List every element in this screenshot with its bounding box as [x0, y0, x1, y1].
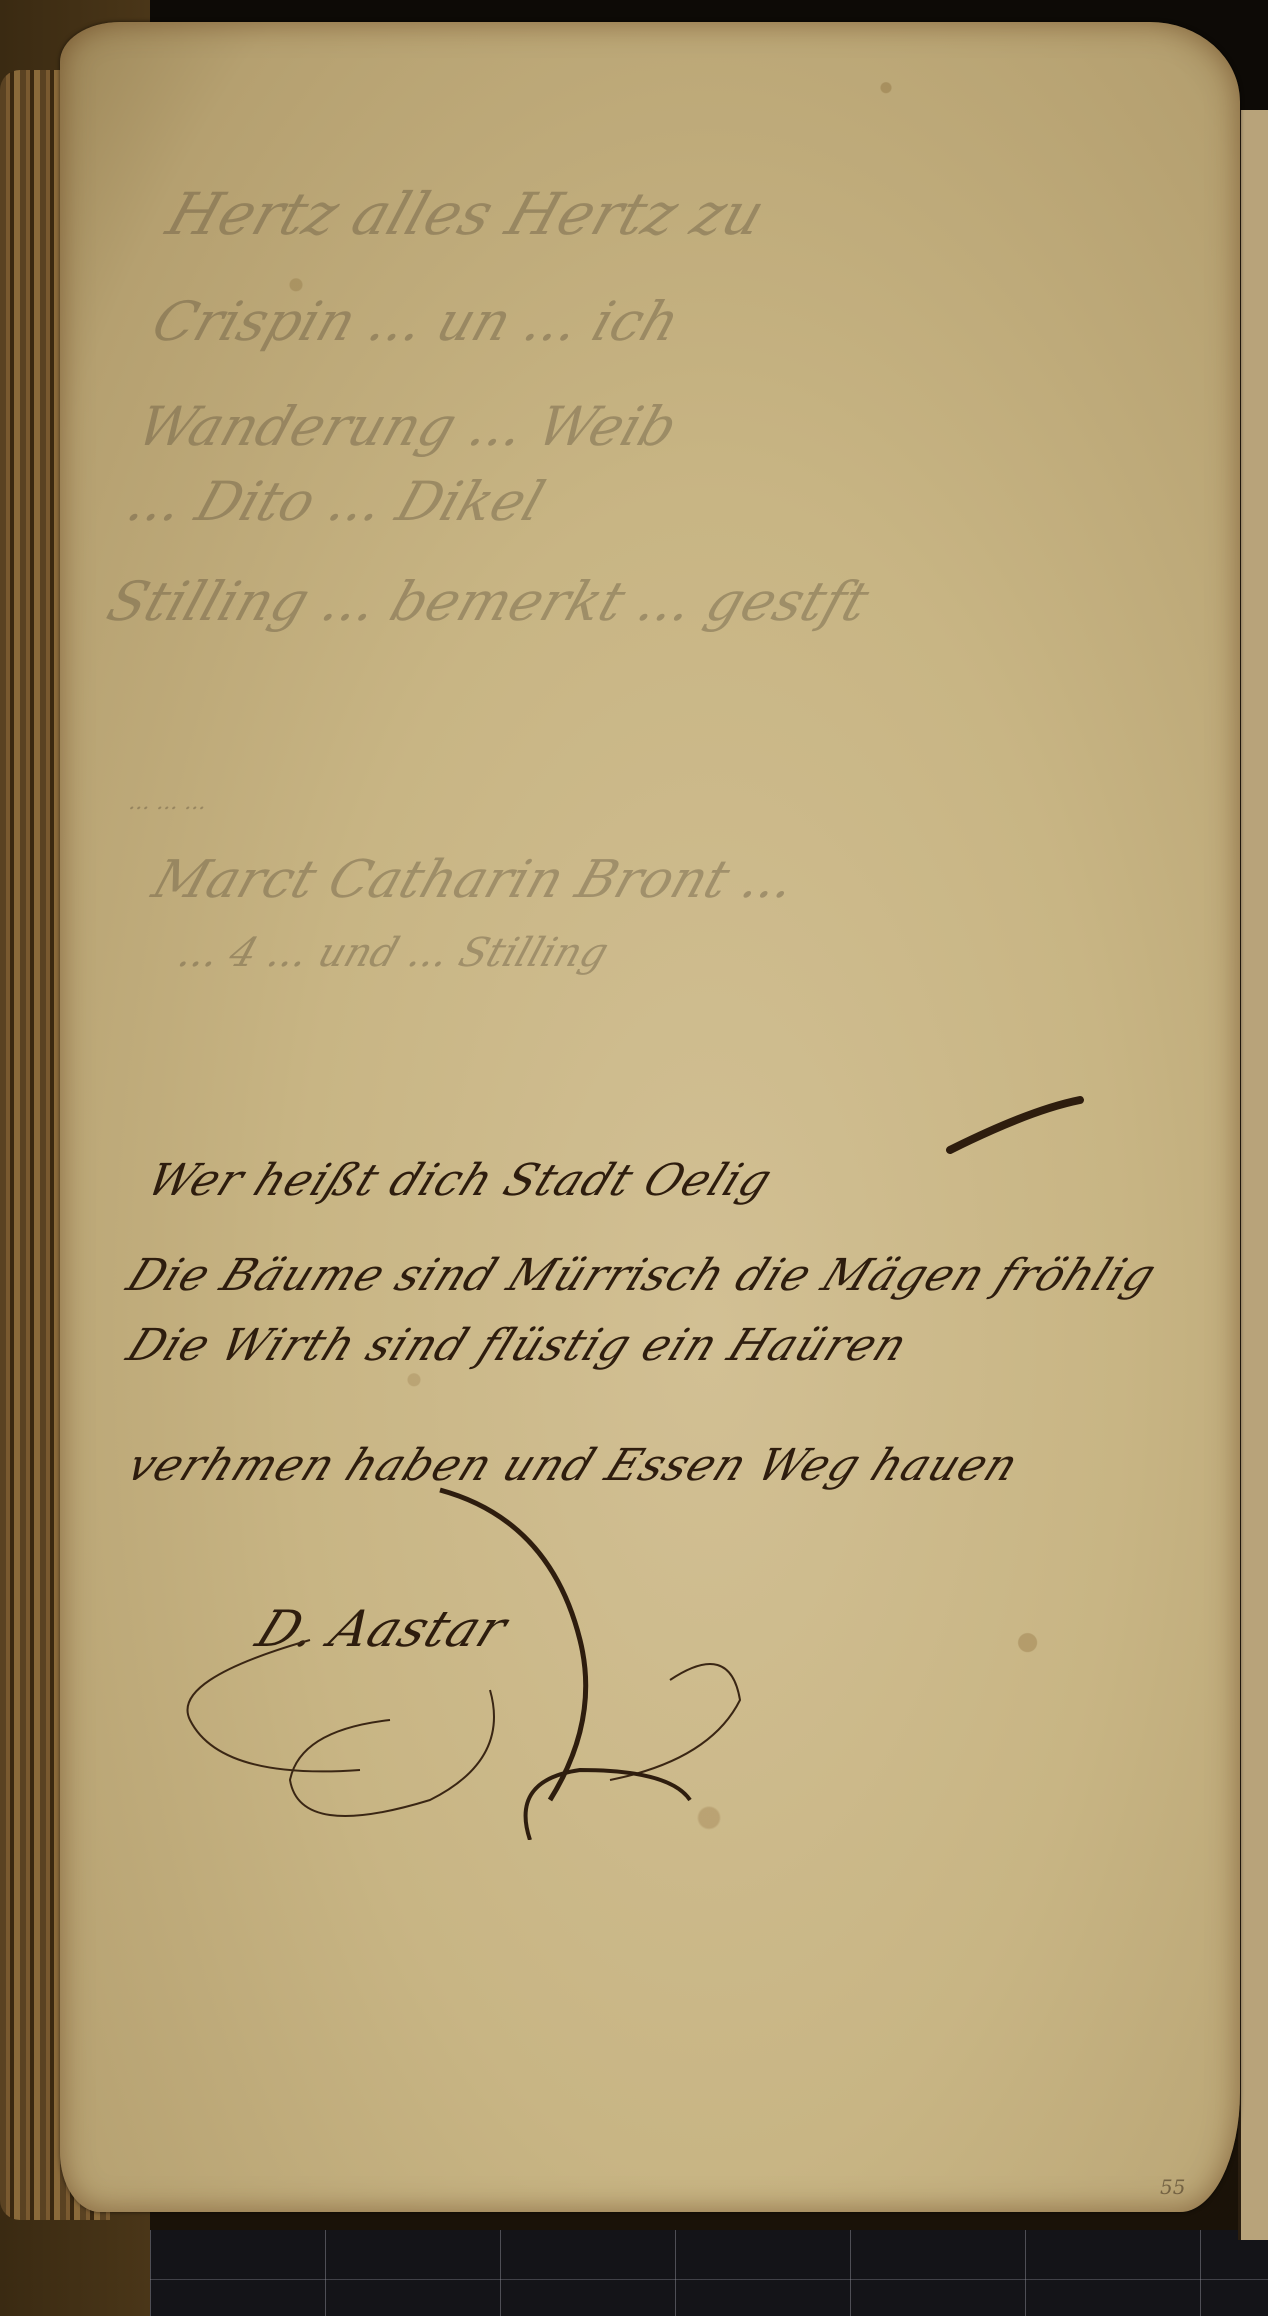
faded-line: Wanderung ... Weib [130, 395, 685, 458]
faded-line: Stilling ... bemerkt ... gestft [100, 570, 877, 633]
page-number: 55 [1160, 2175, 1185, 2199]
signature: D. Aastar [248, 1600, 516, 1658]
verse-line: Wer heißt dich Stadt Oelig [140, 1155, 780, 1206]
faded-line: Marct Catharin Bront ... [145, 850, 803, 910]
next-page-edge [1238, 110, 1268, 2240]
faded-line: ... ... ... [126, 790, 211, 815]
faded-line: ... Dito ... Dikel [120, 470, 552, 533]
verse-line: verhmen haben und Essen Weg hauen [120, 1440, 1027, 1491]
faded-line: Crispin ... un ... ich [145, 290, 688, 353]
cutting-mat-background [150, 2230, 1268, 2316]
verse-line: Die Bäume sind Mürrisch die Mägen fröhli… [120, 1250, 1164, 1301]
faded-line: ... 4 ... und ... Stilling [173, 930, 615, 976]
verse-line: Die Wirth sind flüstig ein Haüren [120, 1320, 916, 1371]
faded-line: Hertz alles Hertz zu [159, 180, 773, 248]
